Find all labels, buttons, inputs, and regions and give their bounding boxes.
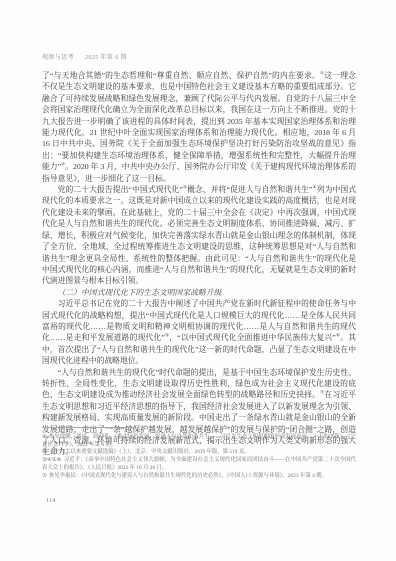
footnote: ①参见徐鹏、刘卓、刘毅明：《推动绿色发展、促进人与自然和谐共生——习近平生态文明… (42, 434, 356, 449)
journal-title: 观察与思考 (42, 55, 74, 61)
paragraph-continuation: 了“与天地合其德”的生态哲理和“尊重自然、顺应自然、保护自然”的内在要求。①这一… (42, 70, 356, 184)
paragraph: 党的二十大报告提出“中国式现代化”③概念，并将“促进人与自然和谐共生”④列为中国… (42, 184, 356, 287)
footnote-marker: ⑦ (42, 473, 47, 479)
footnote-text: 参见徐鹏、刘卓、刘毅明：《推动绿色发展、促进人与自然和谐共生——习近平生态文明思… (42, 434, 356, 448)
running-head: 观察与思考2025 年第 6 期 (42, 52, 127, 61)
issue-label: 2025 年第 6 期 (85, 55, 127, 61)
footnote: ③④⑤⑥习近平：《高举中国特色社会主义伟大旗帜，为全面建设社会主义现代化国家而团… (42, 457, 356, 472)
footnote-block: ①参见徐鹏、刘卓、刘毅明：《推动绿色发展、促进人与自然和谐共生——习近平生态文明… (42, 427, 356, 480)
page-body: 了“与天地合其德”的生态哲理和“尊重自然、顺应自然、保护自然”的内在要求。①这一… (42, 70, 356, 458)
paragraph: 习近平总书记在党的二十大报告中阐述了中国共产党在新时代新征程中的使命任务与中国式… (42, 298, 356, 366)
section-heading: （二）中国式现代化下的生态文明国家战略升级 (42, 287, 356, 298)
journal-page: 观察与思考2025 年第 6 期 了“与天地合其德”的生态哲理和“尊重自然、顺应… (0, 0, 396, 561)
footnote-text: 习近平：《高举中国特色社会主义伟大旗帜，为全面建设社会主义现代化国家而团结奋斗—… (42, 457, 356, 471)
footnote-separator (42, 427, 135, 428)
footnote-marker: ② (42, 449, 47, 455)
page-number: 114 (46, 498, 56, 504)
footnote: ⑦参见李惠民：《中国式现代化与建设人与自然和谐共生现代化的历史必然》，《中国人口… (42, 473, 356, 481)
footnote-marker: ① (42, 434, 47, 440)
footnote-text: 《十九大以来重要文献选编》（上），北京：中央文献出版社，2019 年版，第 51… (49, 449, 250, 455)
footnote: ②《十九大以来重要文献选编》（上），北京：中央文献出版社，2019 年版，第 5… (42, 449, 356, 457)
footnote-marker: ③④⑤⑥ (42, 457, 62, 463)
footnote-text: 参见李惠民：《中国式现代化与建设人与自然和谐共生现代化的历史必然》，《中国人口·… (49, 473, 327, 479)
